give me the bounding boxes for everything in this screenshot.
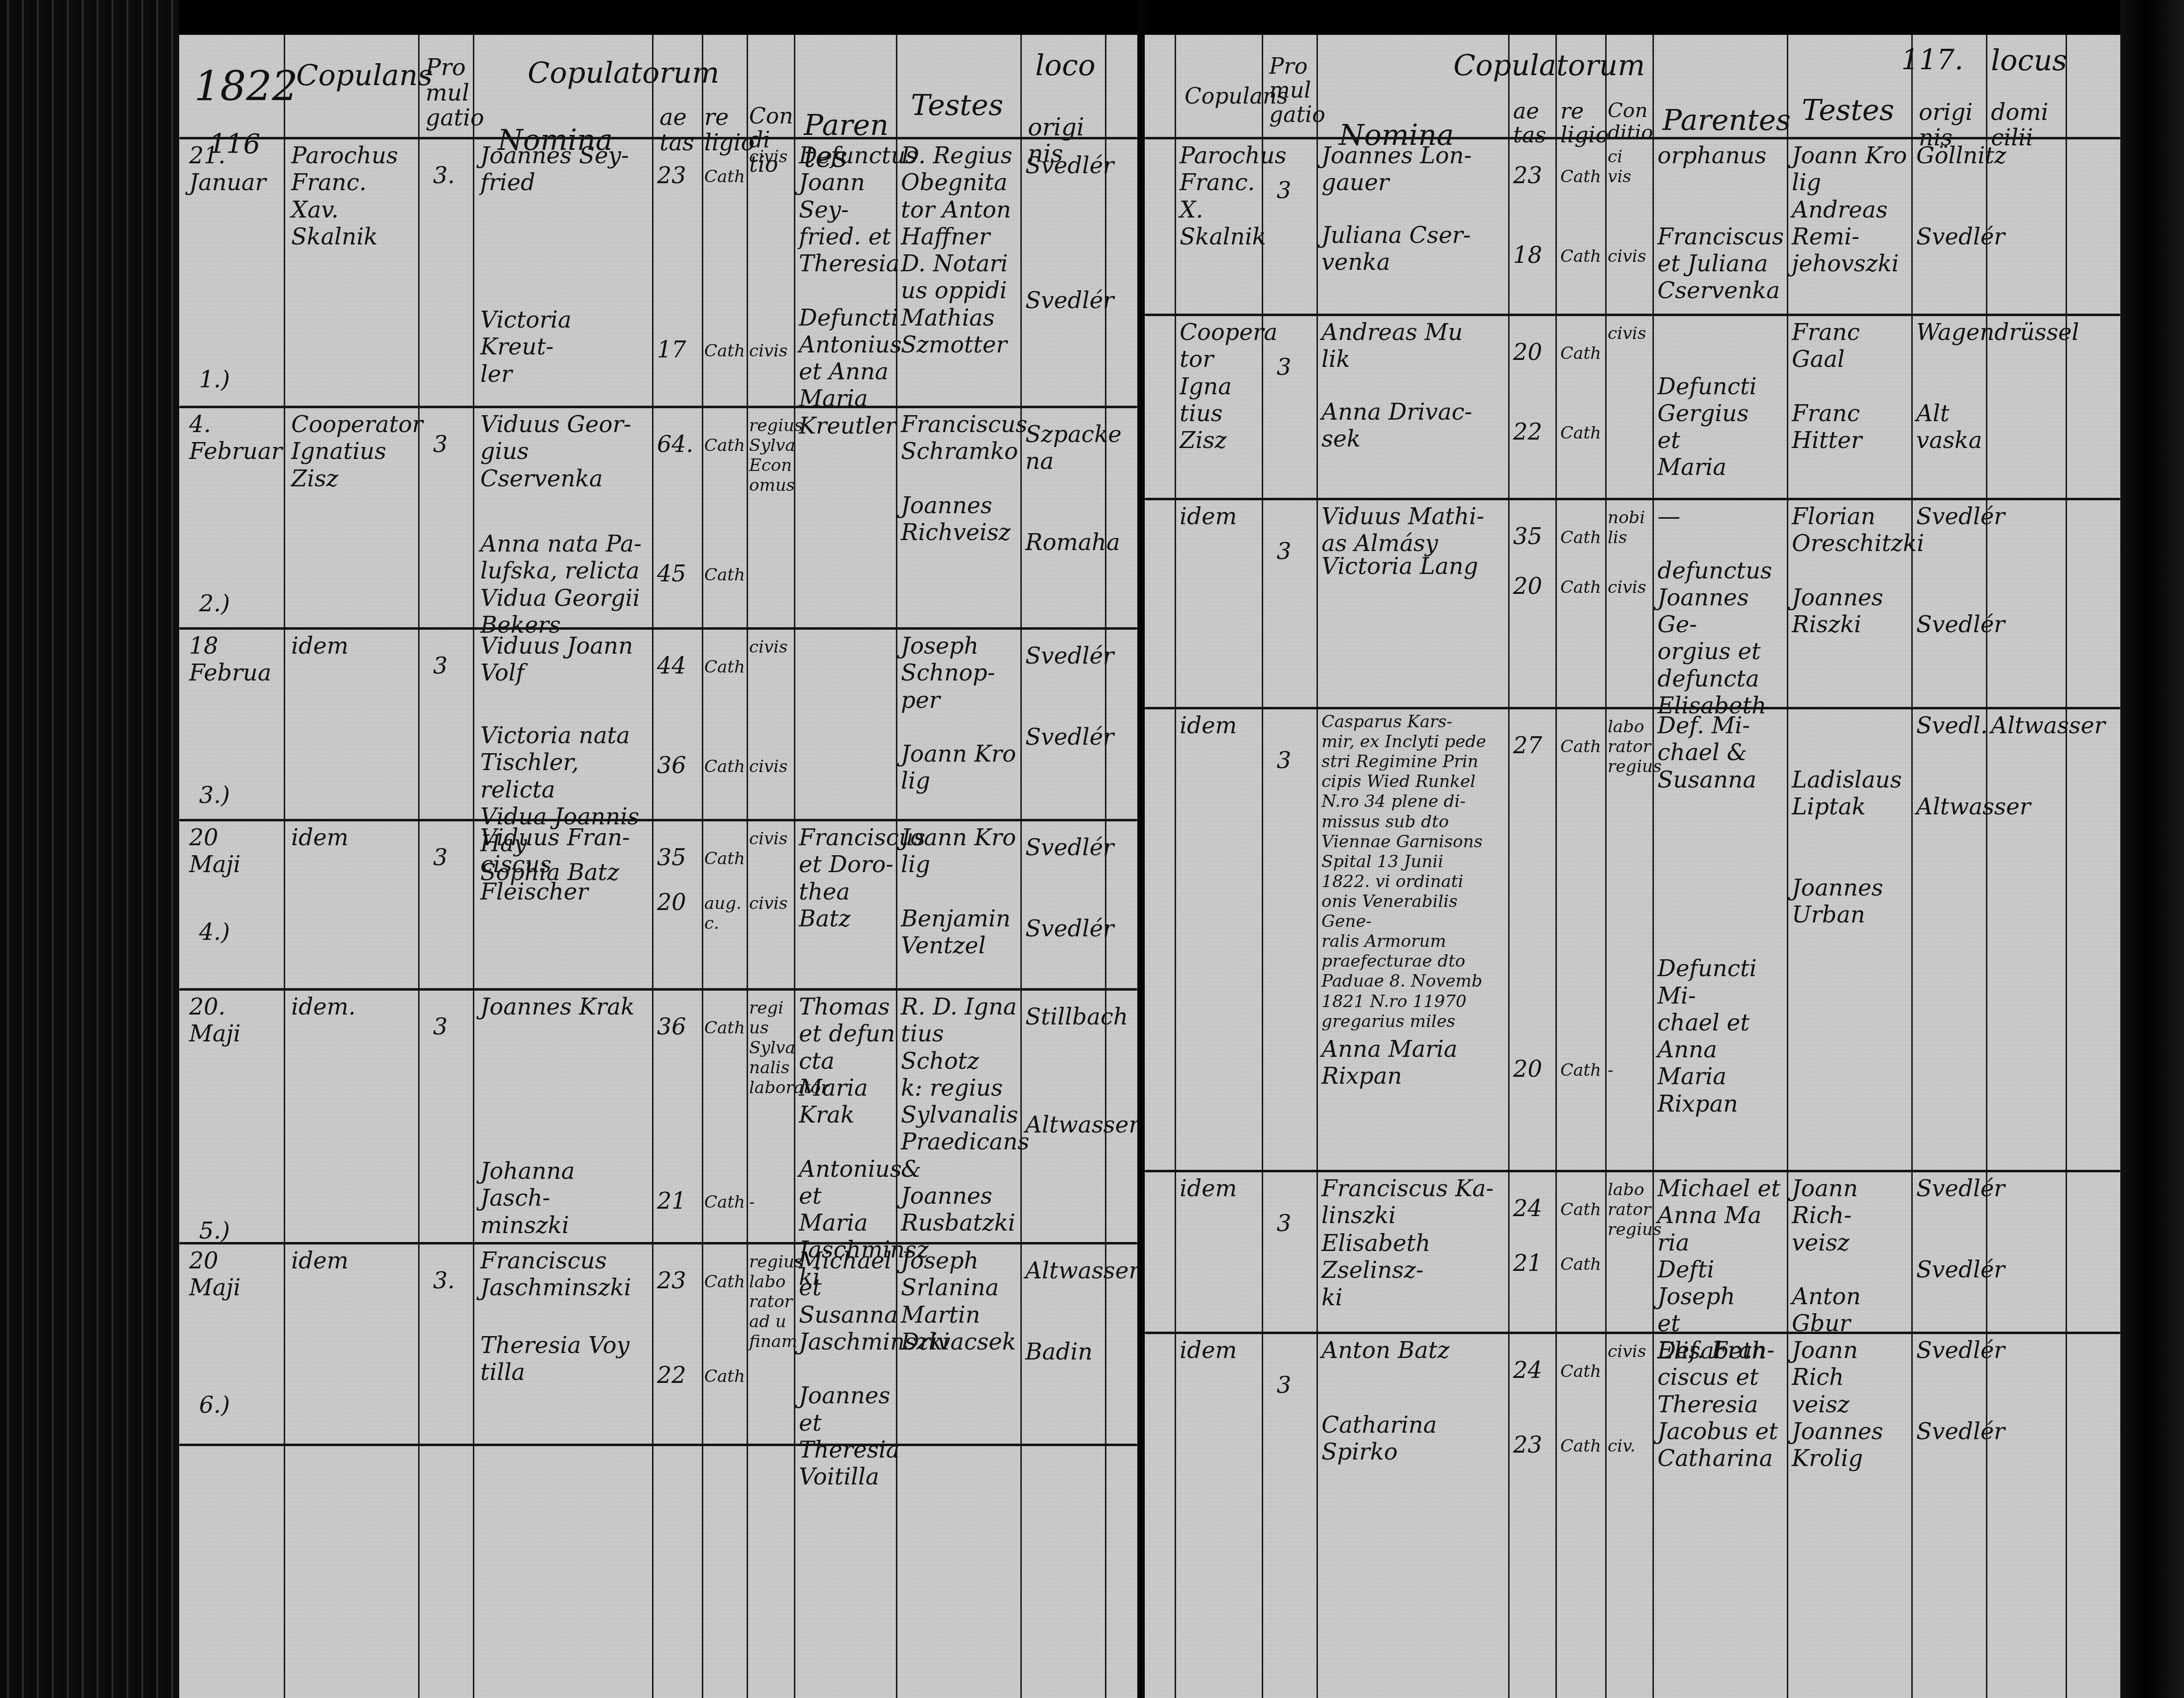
entry-witnesses: R. D. Igna tius Schotz k: regius Sylvana… xyxy=(901,993,1020,1236)
entry-officiant: idem xyxy=(291,1247,416,1274)
row-rule xyxy=(1145,498,2120,500)
entry-number: 5.) xyxy=(199,1217,259,1244)
entry-bride-religion: Cath xyxy=(704,1366,747,1386)
entry-officiant: idem xyxy=(291,632,416,659)
entry-parents: Michael et Susanna Jaschminszki Joannes … xyxy=(799,1247,896,1490)
entry-bride-age: 17 xyxy=(657,336,699,363)
entry-bride-name: Sophia Batz xyxy=(480,859,650,886)
column-rule xyxy=(1508,35,1510,1698)
entry-officiant: idem xyxy=(1180,1337,1262,1363)
entry-groom-condition: regi us Sylva nalis laborator xyxy=(749,998,794,1098)
entry-banns-count: 3 xyxy=(433,652,468,679)
column-rule xyxy=(1652,35,1654,1698)
entry-groom-condition: ci vis xyxy=(1608,147,1652,187)
entry-parents: Thomas et defun cta Maria Krak Antonius … xyxy=(799,993,896,1290)
entry-witnesses: Joseph Schnop- per Joann Kro lig xyxy=(901,632,1020,794)
entry-groom-age: 23 xyxy=(657,162,699,189)
entry-witnesses: Joann Rich- veisz Anton Gbur xyxy=(1792,1175,1911,1337)
column-rule xyxy=(747,35,748,1698)
column-header-promulgatio: Pro mul gatio xyxy=(1269,55,1325,127)
entry-groom-age: 23 xyxy=(1513,162,1555,189)
entry-witnesses: Joseph Srlanina Martin Drivacsek xyxy=(901,1247,1020,1355)
entry-groom-age: 44 xyxy=(657,652,699,679)
entry-bride-religion: Cath xyxy=(704,565,747,585)
entry-origin: Göllnitz Svedlér xyxy=(1916,142,1986,250)
column-rule xyxy=(1316,35,1318,1698)
entry-bride-age: 18 xyxy=(1513,241,1555,268)
entry-banns-count: 3 xyxy=(1277,538,1311,565)
entry-origin: Stillbach Altwasser xyxy=(1025,1003,1105,1138)
section-title: Copulatorum xyxy=(528,57,719,89)
column-rule xyxy=(1555,35,1557,1698)
entry-groom-age: 23 xyxy=(657,1267,699,1294)
entry-officiant: idem. xyxy=(291,993,416,1020)
entry-officiant: idem xyxy=(1180,503,1262,530)
entry-number: 1.) xyxy=(199,366,259,393)
column-rule xyxy=(702,35,703,1698)
entry-bride-religion: Cath xyxy=(1560,577,1603,597)
column-header-religio: re ligio xyxy=(1560,100,1609,148)
row-rule xyxy=(179,137,1137,139)
register-page-right: Copulans Pro mul gatio Copulatorum Nomin… xyxy=(1145,35,2120,1698)
entry-date: 4. Februar xyxy=(189,411,279,465)
entry-bride-religion: Cath xyxy=(1560,423,1603,443)
register-year: 1822 xyxy=(194,65,298,110)
row-rule xyxy=(179,627,1137,630)
column-rule xyxy=(1911,35,1913,1698)
entry-groom-age: 35 xyxy=(1513,523,1555,550)
entry-banns-count: 3. xyxy=(433,1267,468,1294)
entry-banns-count: 3 xyxy=(1277,747,1311,774)
entry-domicile: Altwasser xyxy=(1991,712,2066,739)
column-rule xyxy=(284,35,285,1698)
entry-bride-name: Juliana Cser- venka xyxy=(1321,222,1506,276)
entry-origin: Svedlér Svedlér xyxy=(1025,642,1105,750)
entry-bride-name: Anna Maria Rixpan xyxy=(1321,1035,1506,1090)
entry-origin: Svedl. Altwasser xyxy=(1916,712,1986,820)
entry-officiant: idem xyxy=(1180,712,1262,739)
entry-parents: — defunctus Joannes Ge- orgius et defunc… xyxy=(1657,503,1787,719)
column-header-testes: Testes xyxy=(911,90,1003,121)
entry-banns-count: 3 xyxy=(1277,177,1311,204)
entry-bride-age: 23 xyxy=(1513,1431,1555,1458)
entry-bride-age: 21 xyxy=(1513,1249,1555,1276)
entry-bride-age: 22 xyxy=(1513,418,1555,445)
column-header-aetas: ae tas xyxy=(1513,100,1546,148)
entry-number: 6.) xyxy=(199,1391,259,1418)
entry-groom-condition: civis xyxy=(1608,1342,1652,1361)
entry-origin: Svedlér Svedlér xyxy=(1916,503,1986,638)
entry-groom-condition: labo rator regius xyxy=(1608,717,1652,777)
book-binding-left xyxy=(0,0,179,1698)
section-title: Copulatorum xyxy=(1453,50,1645,82)
entry-origin: Svedlér Svedlér xyxy=(1916,1175,1986,1283)
row-rule xyxy=(179,406,1137,408)
row-rule xyxy=(1145,1170,2120,1172)
entry-groom-age: 64. xyxy=(657,431,699,457)
entry-groom-name: Joannes Lon- gauer xyxy=(1321,142,1506,196)
entry-bride-religion: Cath xyxy=(704,1192,747,1212)
entry-banns-count: 3 xyxy=(433,431,468,457)
entry-groom-religion: Cath xyxy=(704,657,747,677)
entry-bride-name: Victoria Kreut- ler xyxy=(480,306,650,387)
entry-groom-name: Viduus Joann Volf xyxy=(480,632,650,686)
entry-bride-name: Anna nata Pa- lufska, relicta Vidua Geor… xyxy=(480,530,650,638)
entry-groom-condition: civis xyxy=(749,637,794,657)
row-rule xyxy=(1145,314,2120,316)
entry-groom-name: Anton Batz xyxy=(1321,1337,1506,1363)
entry-bride-name: Theresia Voy tilla xyxy=(480,1332,650,1386)
entry-origin: Szpacke na Romaha xyxy=(1025,421,1105,556)
entry-groom-religion: Cath xyxy=(704,167,747,187)
entry-banns-count: 3 xyxy=(433,1013,468,1040)
entry-groom-age: 20 xyxy=(1513,339,1555,365)
entry-parents: Def. Fran- ciscus et Theresia Jacobus et… xyxy=(1657,1337,1787,1472)
entry-parents: Defuncti Gergius et Maria xyxy=(1657,319,1787,481)
entry-bride-name: Victoria Lang xyxy=(1321,553,1506,579)
page-number: 117. xyxy=(1901,45,1964,76)
entry-groom-name: Franciscus Ka- linszki xyxy=(1321,1175,1506,1229)
entry-banns-count: 3 xyxy=(1277,1371,1311,1398)
entry-parents: orphanus Franciscus et Juliana Cservenka xyxy=(1657,142,1787,304)
entry-bride-age: 20 xyxy=(1513,1055,1555,1082)
entry-bride-name: Catharina Spirko xyxy=(1321,1411,1506,1466)
entry-banns-count: 3. xyxy=(433,162,468,189)
entry-bride-name: Elisabeth Zselinsz- ki xyxy=(1321,1230,1506,1311)
entry-bride-age: 21 xyxy=(657,1187,699,1214)
entry-groom-religion: Cath xyxy=(704,849,747,869)
entry-groom-condition: nobi lis xyxy=(1608,508,1652,548)
entry-bride-condition: - xyxy=(1608,1060,1652,1080)
entry-bride-condition: civis xyxy=(1608,246,1652,266)
column-rule xyxy=(794,35,795,1698)
entry-groom-name: Joannes Krak xyxy=(480,993,650,1020)
row-rule xyxy=(1145,137,2120,139)
entry-bride-condition: civis xyxy=(749,894,794,913)
entry-officiant: Parochus Franc. Xav. Skalnik xyxy=(291,142,416,250)
entry-date: 21. Januar xyxy=(189,142,279,196)
entry-groom-age: 24 xyxy=(1513,1195,1555,1222)
entry-bride-age: 20 xyxy=(1513,572,1555,599)
entry-groom-condition: regius Sylva Econ omus xyxy=(749,416,794,495)
row-rule xyxy=(1145,707,2120,709)
entry-groom-name: Viduus Mathi- as Almásy xyxy=(1321,503,1506,557)
column-rule xyxy=(652,35,654,1698)
column-header-aetas: ae tas xyxy=(659,105,694,155)
entry-banns-count: 3 xyxy=(1277,353,1311,380)
entry-groom-religion: Cath xyxy=(1560,167,1603,187)
entry-witnesses: Ladislaus Liptak Joannes Urban xyxy=(1792,712,1911,928)
entry-bride-age: 36 xyxy=(657,752,699,779)
entry-bride-religion: Cath xyxy=(1560,1436,1603,1456)
column-rule xyxy=(1986,35,1987,1698)
column-rule xyxy=(2066,35,2067,1698)
book-binding-right xyxy=(2120,0,2184,1698)
entry-witnesses: Franciscus Schramko Joannes Richveisz xyxy=(901,411,1020,546)
entry-parents: Franciscus et Doro- thea Batz xyxy=(799,824,896,932)
entry-groom-age: 36 xyxy=(657,1013,699,1040)
entry-groom-condition: labo rator regius xyxy=(1608,1180,1652,1240)
entry-groom-name: Casparus Kars- mir, ex Inclyti pede stri… xyxy=(1321,712,1506,1031)
scan-top-shadow xyxy=(0,0,2184,40)
entry-bride-name: Johanna Jasch- minszki xyxy=(480,1157,650,1239)
entry-date: 20. Maji xyxy=(189,993,279,1047)
column-rule xyxy=(1020,35,1022,1698)
entry-bride-condition: civis xyxy=(749,341,794,361)
row-rule xyxy=(179,1242,1137,1245)
entry-groom-religion: Cath xyxy=(704,436,747,455)
entry-date: 18 Februa xyxy=(189,632,279,686)
column-header-religio: re ligio xyxy=(704,105,755,155)
entry-groom-religion: Cath xyxy=(1560,528,1603,548)
column-header-parentes: Parentes xyxy=(1662,105,1791,136)
column-header-testes: Testes xyxy=(1802,95,1894,126)
row-rule xyxy=(179,1444,1137,1446)
column-header-loco: loco xyxy=(1035,50,1095,82)
entry-bride-religion: Cath xyxy=(704,757,747,777)
entry-parents: Michael et Anna Ma ria Defti Joseph et E… xyxy=(1657,1175,1787,1364)
entry-groom-religion: Cath xyxy=(704,1272,747,1292)
entry-parents: Defunctus Joann Sey- fried. et Theresia … xyxy=(799,142,896,439)
entry-officiant: Coopera tor Igna tius Zisz xyxy=(1180,319,1262,453)
entry-origin: Wagendrüssel Alt vaska xyxy=(1916,319,1986,453)
entry-groom-religion: Cath xyxy=(1560,737,1603,757)
entry-bride-age: 22 xyxy=(657,1361,699,1388)
entry-groom-age: 35 xyxy=(657,844,699,871)
entry-groom-condition: regius labo rator ad u finam xyxy=(749,1252,794,1352)
row-rule xyxy=(1145,1332,2120,1334)
entry-groom-name: Viduus Geor- gius Cservenka xyxy=(480,411,650,492)
entry-banns-count: 3 xyxy=(1277,1210,1311,1237)
entry-groom-name: Andreas Mu lik xyxy=(1321,319,1506,373)
entry-groom-religion: Cath xyxy=(1560,343,1603,363)
entry-groom-age: 24 xyxy=(1513,1357,1555,1383)
column-header-promulgatio: Pro mul gatio xyxy=(426,55,484,130)
entry-groom-condition: civis xyxy=(749,829,794,849)
entry-groom-age: 27 xyxy=(1513,732,1555,759)
entry-officiant: idem xyxy=(291,824,416,851)
entry-banns-count: 3 xyxy=(433,844,468,871)
column-rule xyxy=(1787,35,1788,1698)
entry-bride-name: Anna Drivac- sek xyxy=(1321,398,1506,453)
entry-number: 2.) xyxy=(199,590,259,617)
entry-groom-name: Joannes Sey- fried xyxy=(480,142,650,196)
row-rule xyxy=(179,819,1137,821)
entry-officiant: Cooperator Ignatius Zisz xyxy=(291,411,416,492)
entry-number: 4.) xyxy=(199,918,259,945)
entry-date: 20 Maji xyxy=(189,824,279,878)
entry-bride-condition: civis xyxy=(1608,577,1652,597)
entry-bride-religion: Cath xyxy=(1560,1060,1603,1080)
entry-witnesses: Joann Kro lig Benjamin Ventzel xyxy=(901,824,1020,959)
entry-bride-condition: civ. xyxy=(1608,1436,1652,1456)
column-rule xyxy=(418,35,420,1698)
entry-parents: Def. Mi- chael & Susanna Defuncti Mi- ch… xyxy=(1657,712,1787,1117)
entry-bride-age: 20 xyxy=(657,889,699,915)
entry-bride-religion: Cath xyxy=(1560,246,1603,266)
entry-bride-condition: - xyxy=(749,1192,794,1212)
entry-witnesses: D. Regius Obegnita tor Anton Haffner D. … xyxy=(901,142,1020,358)
register-page-left: 1822 116 Copulans Pro mul gatio Copulato… xyxy=(179,35,1139,1698)
entry-witnesses: Joann Rich veisz Joannes Krolig xyxy=(1792,1337,1911,1472)
entry-groom-name: Franciscus Jaschminszki xyxy=(480,1247,650,1301)
entry-officiant: idem xyxy=(1180,1175,1262,1202)
entry-bride-religion: Cath xyxy=(704,341,747,361)
entry-groom-religion: Cath xyxy=(1560,1361,1603,1381)
column-header-copulans: Copulans xyxy=(296,60,433,92)
column-rule xyxy=(1262,35,1263,1698)
column-rule xyxy=(1605,35,1607,1698)
column-rule xyxy=(1105,35,1106,1698)
entry-date: 20 Maji xyxy=(189,1247,279,1301)
entry-witnesses: Florian Oreschitzki Joannes Riszki xyxy=(1792,503,1911,638)
entry-groom-religion: Cath xyxy=(1560,1200,1603,1220)
entry-origin: Svedlér Svedlér xyxy=(1025,834,1105,942)
entry-number: 3.) xyxy=(199,782,259,808)
entry-officiant: Parochus Franc. X. Skalnik xyxy=(1180,142,1262,250)
entry-groom-religion: Cath xyxy=(704,1018,747,1038)
entry-bride-religion: aug. c. xyxy=(704,894,747,933)
entry-origin: Svedlér Svedlér xyxy=(1025,152,1105,314)
entry-bride-condition: civis xyxy=(749,757,794,777)
entry-groom-condition: civis xyxy=(1608,324,1652,343)
entry-witnesses: Franc Gaal Franc Hitter xyxy=(1792,319,1911,453)
entry-groom-condition: civis xyxy=(749,147,794,167)
column-header-locus: locus xyxy=(1991,45,2067,77)
row-rule xyxy=(179,988,1137,991)
entry-witnesses: Joann Kro lig Andreas Remi- jehovszki xyxy=(1792,142,1911,277)
entry-bride-age: 45 xyxy=(657,560,699,587)
column-rule xyxy=(1175,35,1176,1698)
entry-origin: Svedlér Svedlér xyxy=(1916,1337,1986,1445)
column-rule xyxy=(473,35,474,1698)
entry-bride-religion: Cath xyxy=(1560,1254,1603,1274)
entry-origin: Altwasser Badin xyxy=(1025,1257,1105,1365)
